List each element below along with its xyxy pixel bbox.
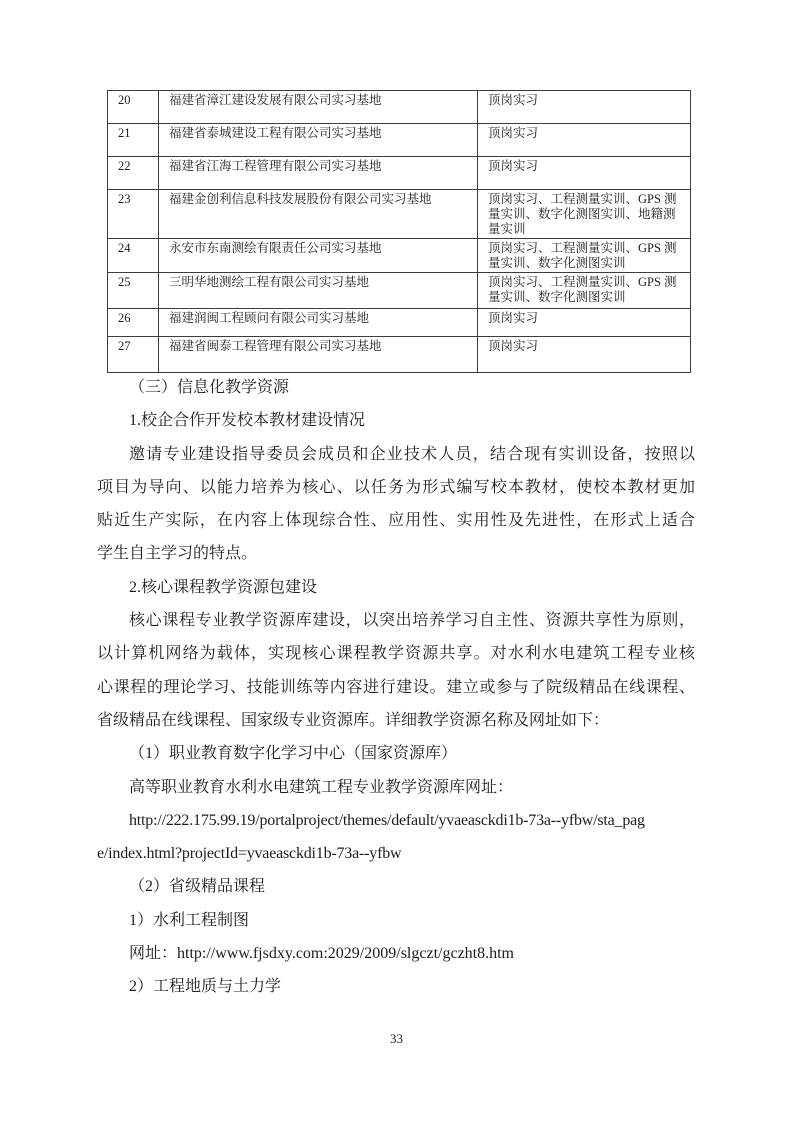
- training-content: 顶岗实习: [478, 124, 691, 157]
- table-row: 21 福建省泰城建设工程有限公司实习基地 顶岗实习: [108, 124, 691, 157]
- resource-url-label: 高等职业教育水利水电建筑工程专业教学资源库网址：: [97, 771, 695, 804]
- row-number: 22: [108, 157, 159, 190]
- list-item-1-heading: （1）职业教育数字化学习中心（国家资源库）: [97, 737, 695, 770]
- training-content: 顶岗实习: [478, 309, 691, 337]
- base-name: 三明华地测绘工程有限公司实习基地: [159, 273, 478, 309]
- row-number: 24: [108, 239, 159, 273]
- row-number: 27: [108, 337, 159, 373]
- base-name: 福建金创利信息科技发展股份有限公司实习基地: [159, 190, 478, 239]
- paragraph-line: 省级精品在线课程、国家级专业资源库。详细教学资源名称及网址如下：: [97, 704, 695, 737]
- base-name: 福建润闽工程顾问有限公司实习基地: [159, 309, 478, 337]
- training-content: 顶岗实习: [478, 157, 691, 190]
- paragraph-line: 学生自主学习的特点。: [97, 537, 695, 570]
- row-number: 25: [108, 273, 159, 309]
- paragraph-line: 邀请专业建设指导委员会成员和企业技术人员，结合现有实训设备，按照以: [97, 438, 695, 471]
- page-number: 33: [0, 1031, 793, 1047]
- url-line-continuation: e/index.html?projectId=yvaeasckdi1b-73a-…: [97, 837, 695, 870]
- table-row: 24 永安市东南测绘有限责任公司实习基地 顶岗实习、工程测量实训、GPS 测量实…: [108, 239, 691, 273]
- row-number: 21: [108, 124, 159, 157]
- document-page: 20 福建省漳江建设发展有限公司实习基地 顶岗实习 21 福建省泰城建设工程有限…: [0, 0, 793, 1122]
- table-row: 23 福建金创利信息科技发展股份有限公司实习基地 顶岗实习、工程测量实训、GPS…: [108, 190, 691, 239]
- training-content: 顶岗实习: [478, 337, 691, 373]
- course-item-1: 1）水利工程制图: [97, 904, 695, 937]
- table-row: 26 福建润闽工程顾问有限公司实习基地 顶岗实习: [108, 309, 691, 337]
- paragraph-line: 以计算机网络为载体，实现核心课程教学资源共享。对水利水电建筑工程专业核: [97, 637, 695, 670]
- course-item-2: 2）工程地质与土力学: [97, 970, 695, 1003]
- paragraph-line: 贴近生产实际，在内容上体现综合性、应用性、实用性及先进性，在形式上适合: [97, 504, 695, 537]
- url-line: http://222.175.99.19/portalproject/theme…: [97, 804, 695, 837]
- paragraph-line: 核心课程专业教学资源库建设，以突出培养学习自主性、资源共享性为原则，: [97, 604, 695, 637]
- training-content: 顶岗实习: [478, 91, 691, 124]
- subheading-1: 1.校企合作开发校本教材建设情况: [97, 404, 695, 437]
- training-content: 顶岗实习、工程测量实训、GPS 测量实训、数字化测图实训: [478, 239, 691, 273]
- row-number: 23: [108, 190, 159, 239]
- base-name: 福建省泰城建设工程有限公司实习基地: [159, 124, 478, 157]
- subheading-2: 2.核心课程教学资源包建设: [97, 571, 695, 604]
- training-content: 顶岗实习、工程测量实训、GPS 测量实训、数字化测图实训: [478, 273, 691, 309]
- table-row: 25 三明华地测绘工程有限公司实习基地 顶岗实习、工程测量实训、GPS 测量实训…: [108, 273, 691, 309]
- body-text: （三）信息化教学资源 1.校企合作开发校本教材建设情况 邀请专业建设指导委员会成…: [97, 371, 695, 1004]
- table-row: 22 福建省江海工程管理有限公司实习基地 顶岗实习: [108, 157, 691, 190]
- base-name: 福建省漳江建设发展有限公司实习基地: [159, 91, 478, 124]
- row-number: 20: [108, 91, 159, 124]
- table-row: 27 福建省闽泰工程管理有限公司实习基地 顶岗实习: [108, 337, 691, 373]
- base-name: 永安市东南测绘有限责任公司实习基地: [159, 239, 478, 273]
- base-name: 福建省江海工程管理有限公司实习基地: [159, 157, 478, 190]
- paragraph-line: 项目为导向、以能力培养为核心、以任务为形式编写校本教材，使校本教材更加: [97, 471, 695, 504]
- table-row: 20 福建省漳江建设发展有限公司实习基地 顶岗实习: [108, 91, 691, 124]
- list-item-2-heading: （2）省级精品课程: [97, 870, 695, 903]
- row-number: 26: [108, 309, 159, 337]
- training-content: 顶岗实习、工程测量实训、GPS 测量实训、数字化测图实训、地籍测量实训: [478, 190, 691, 239]
- course-url-line: 网址：http://www.fjsdxy.com:2029/2009/slgcz…: [97, 937, 695, 970]
- practice-base-table: 20 福建省漳江建设发展有限公司实习基地 顶岗实习 21 福建省泰城建设工程有限…: [107, 90, 691, 373]
- section-heading: （三）信息化教学资源: [97, 371, 695, 404]
- base-name: 福建省闽泰工程管理有限公司实习基地: [159, 337, 478, 373]
- paragraph-line: 心课程的理论学习、技能训练等内容进行建设。建立或参与了院级精品在线课程、: [97, 671, 695, 704]
